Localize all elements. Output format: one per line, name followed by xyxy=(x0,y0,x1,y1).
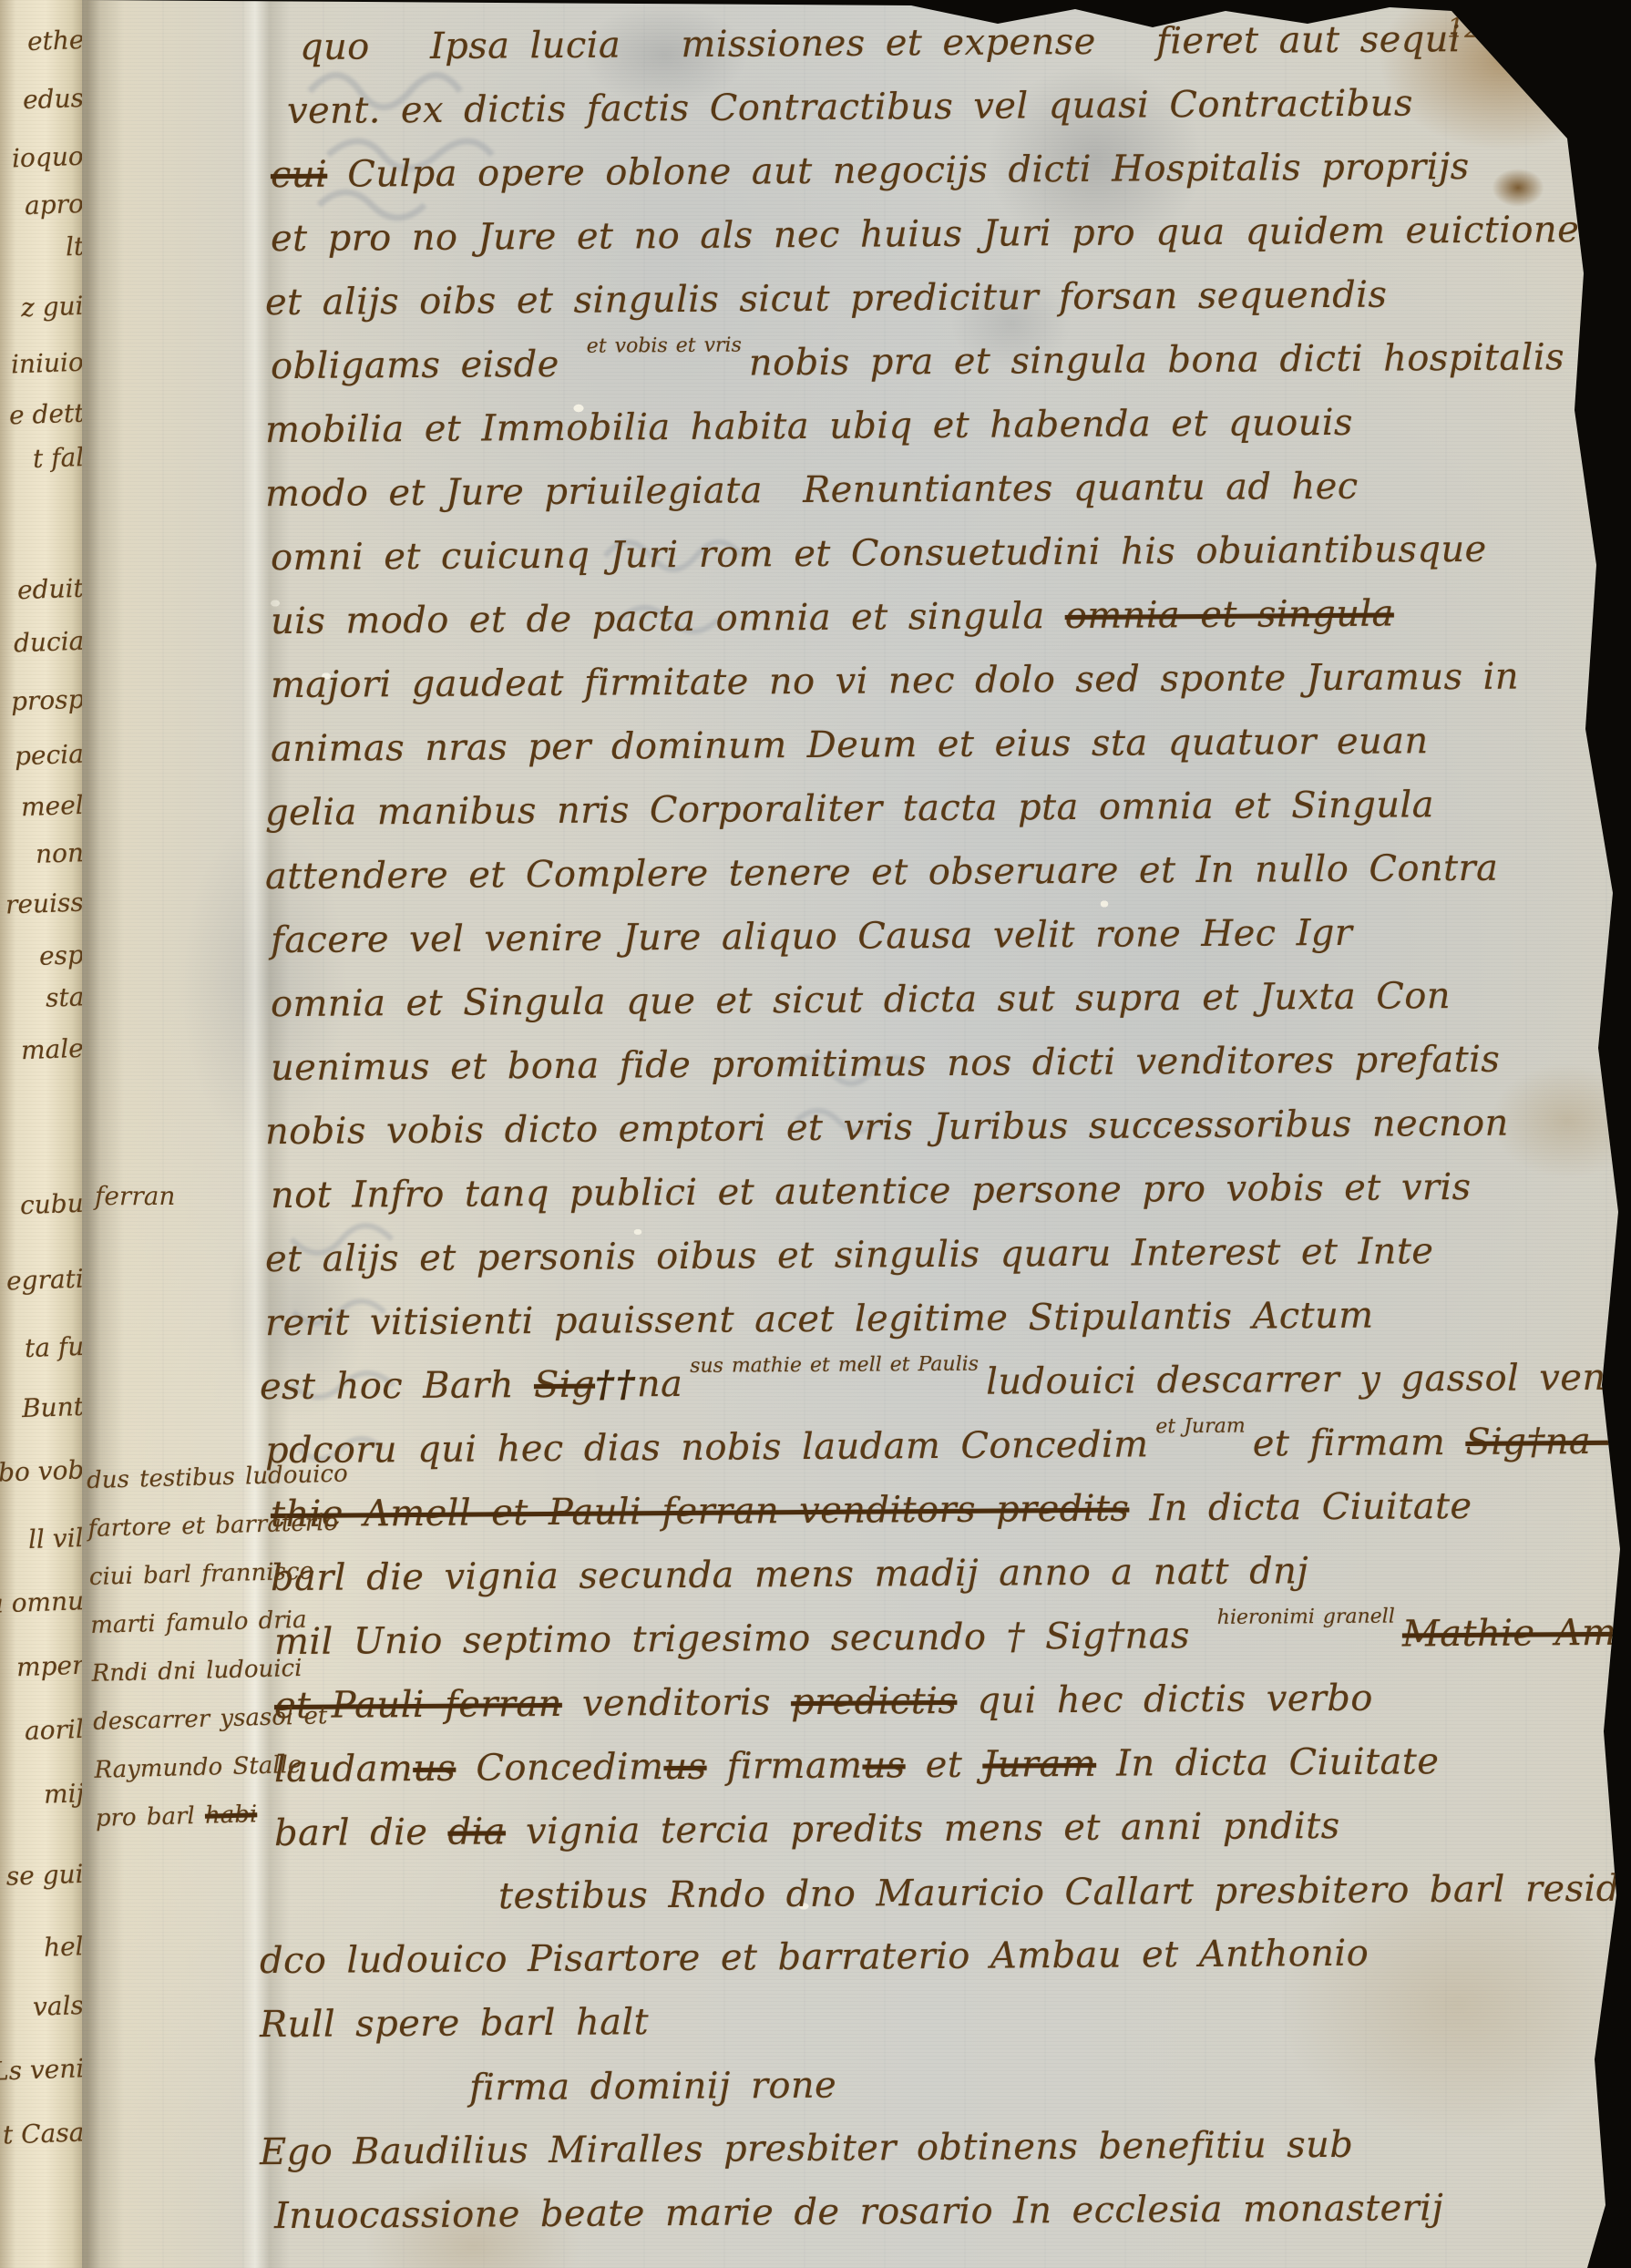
handwritten-text: descarrer ysasol et xyxy=(93,1702,328,1736)
edge-fragment: ioquo xyxy=(12,141,85,174)
handwritten-text: animas nras per dominum Deum et eius sta… xyxy=(271,720,1429,770)
manuscript-page: 12 quo Ipsa lucia missiones et expense f… xyxy=(82,0,1631,2268)
text-line: cui Culpa opere oblone aut negocijs dict… xyxy=(271,134,1608,207)
edge-fragment: mij xyxy=(43,1778,84,1810)
handwritten-text: †† xyxy=(595,1362,637,1405)
text-line: Inuocassione beate marie de rosario In e… xyxy=(274,2175,1608,2248)
text-line: et alijs et personis oibus et singulis q… xyxy=(265,1218,1608,1291)
interlinear-insertion: hieronimi granell xyxy=(1217,1606,1395,1629)
margin-note-line: marti famulo dria xyxy=(90,1596,296,1650)
handwritten-text: uis modo et de pacta omnia et singula xyxy=(271,595,1065,642)
handwritten-text: Inuocassione beate marie de rosario In e… xyxy=(274,2187,1443,2237)
edge-fragment: sta xyxy=(45,981,84,1012)
edge-fragment: vals xyxy=(33,1990,85,2022)
text-line: est hoc Barh Sig††nasus mathie et mell e… xyxy=(260,1346,1608,1419)
manuscript-photo: { "page": { "folio_number": "12", "ink_c… xyxy=(0,0,1631,2268)
handwritten-text: rerit vitisienti pauissent acet legitime… xyxy=(265,1295,1374,1344)
text-line: nobis vobis dicto emptori et vris Juribu… xyxy=(265,1091,1608,1164)
edge-fragment: cubu xyxy=(20,1188,85,1220)
text-line: laudamus Concedimus firmamus et Juram In… xyxy=(274,1729,1608,1801)
edge-fragment: non xyxy=(36,837,85,869)
text-line: obligams eisde et vobis et vrisnobis pra… xyxy=(271,325,1608,398)
edge-fragment: hel xyxy=(44,1931,85,1963)
text-line: majori gaudeat firmitate no vi nec dolo … xyxy=(271,644,1608,717)
handwritten-text: et alijs oibs et singulis sicut predicit… xyxy=(265,274,1388,324)
text-line: testibus Rndo dno Mauricio Callart presb… xyxy=(498,1857,1608,1929)
struck-text: cui xyxy=(271,154,327,196)
struck-text: habi xyxy=(205,1801,258,1829)
text-line: barl die dia vignia tercia predits mens … xyxy=(274,1792,1608,1865)
edge-fragment: a omnu xyxy=(0,1586,85,1619)
handwritten-text: pdcoru qui hec dias nobis laudam Concedi… xyxy=(265,1423,1149,1472)
handwritten-text: dco ludouico Pisartore et barraterio Amb… xyxy=(260,1933,1369,1982)
text-line: animas nras per dominum Deum et eius sta… xyxy=(271,708,1608,781)
text-line: firma dominij rone xyxy=(469,2048,1608,2120)
handwritten-text: Rull spere barl halt xyxy=(260,2001,649,2046)
interlinear-insertion: et vobis et vris xyxy=(587,334,742,358)
handwritten-text: facere vel venire Jure aliquo Causa veli… xyxy=(271,912,1353,961)
text-line: mobilia et Immobilia habita ubiq et habe… xyxy=(265,389,1608,462)
edge-fragment: Bunt xyxy=(22,1391,85,1423)
text-line: omnia et Singula que et sicut dicta sut … xyxy=(271,963,1608,1036)
handwritten-text: marti famulo dria xyxy=(90,1606,307,1639)
edge-fragment: aoril xyxy=(25,1714,85,1746)
handwritten-text: Raymundo Stalle xyxy=(94,1751,303,1784)
edge-fragment: ll vil xyxy=(28,1523,85,1555)
struck-text: Mathie Amell xyxy=(1402,1611,1631,1655)
margin-note-line: pro barl habi xyxy=(95,1790,301,1843)
text-line: pdcoru qui hec dias nobis laudam Concedi… xyxy=(265,1410,1608,1483)
edge-fragment: t fal xyxy=(32,442,84,474)
text-line: uenimus et bona fide promitimus nos dict… xyxy=(271,1027,1608,1100)
handwritten-text: et pro no Jure et no als nec huius Juri … xyxy=(271,209,1579,260)
margin-notes: dus testibus ludouicofartore et barrater… xyxy=(86,1452,301,1843)
handwritten-text: Ego Baudilius Miralles presbiter obtinen… xyxy=(260,2124,1354,2173)
handwritten-text: et alijs et personis oibus et singulis q… xyxy=(265,1230,1434,1280)
handwritten-text: firmam xyxy=(706,1745,862,1788)
struck-text: omnia et singula xyxy=(1065,593,1394,638)
handwritten-text: attendere et Complere tenere et obseruar… xyxy=(265,847,1499,898)
edge-fragment: lt xyxy=(65,231,84,262)
struck-text: us xyxy=(413,1748,456,1790)
margin-note-line: dus testibus ludouico xyxy=(86,1452,292,1505)
handwritten-text: barl die vignia secunda mens madij anno … xyxy=(271,1550,1308,1599)
struck-text: dia xyxy=(447,1811,506,1852)
handwritten-text: venditoris xyxy=(562,1681,792,1725)
handwritten-text: qui hec dictis verbo xyxy=(957,1678,1373,1722)
edge-fragment: t Casa xyxy=(2,2117,84,2150)
handwritten-text: uenimus et bona fide promitimus nos dict… xyxy=(271,1039,1501,1089)
edge-fragment: egrati xyxy=(6,1264,85,1297)
handwritten-text: na xyxy=(637,1363,683,1405)
text-line: et Pauli ferran venditoris predictis qui… xyxy=(274,1665,1608,1738)
edge-fragment: iniuio xyxy=(11,347,85,380)
handwritten-text: firma dominij rone xyxy=(469,2065,836,2109)
handwritten-text: est hoc Barh xyxy=(260,1364,534,1408)
handwritten-text: Culpa opere oblone aut negocijs dicti Ho… xyxy=(327,146,1470,196)
margin-note-line: Raymundo Stalle xyxy=(94,1741,300,1795)
handwritten-text: mil Unio septimo trigesimo secundo † Sig… xyxy=(274,1615,1210,1663)
handwritten-text: nobis pra et singula bona dicti hospital… xyxy=(749,336,1564,384)
edge-fragment: ta fu xyxy=(24,1331,84,1363)
edge-fragment: male xyxy=(21,1033,85,1065)
handwritten-text: In dicta Ciuitate xyxy=(1129,1485,1472,1530)
edge-fragment: eduit xyxy=(17,573,85,606)
edge-fragment: ethe xyxy=(26,25,85,56)
edge-fragment: meel xyxy=(21,790,85,822)
text-line: uis modo et de pacta omnia et singula om… xyxy=(271,580,1608,653)
main-text-block: quo Ipsa lucia missiones et expense fier… xyxy=(287,11,1608,2243)
struck-text: thie Amell et Pauli ferran venditors pre… xyxy=(271,1488,1130,1536)
text-line: rerit vitisienti pauissent acet legitime… xyxy=(265,1282,1608,1355)
handwritten-text: ludouici descarrer y gassol venditory xyxy=(986,1356,1631,1403)
handwritten-text: vignia tercia predits mens et anni pndit… xyxy=(506,1805,1340,1852)
text-line: barl die vignia secunda mens madij anno … xyxy=(271,1537,1608,1610)
handwritten-text: vent. ex dictis factis Contractibus vel … xyxy=(287,82,1413,132)
edge-fragment: reuiss xyxy=(5,888,85,920)
handwritten-text: In dicta Ciuitate xyxy=(1096,1740,1440,1785)
handwritten-text: ciui barl frannisco xyxy=(89,1558,314,1591)
text-line: facere vel venire Jure aliquo Causa veli… xyxy=(271,899,1608,972)
margin-note-line: fartore et barraterio xyxy=(87,1500,293,1554)
handwritten-text: quo Ipsa lucia missiones et expense fier… xyxy=(300,18,1461,68)
edge-fragment: prosp xyxy=(10,684,85,717)
edge-fragment: esp xyxy=(39,939,85,971)
margin-note-line: Rndi dni ludouici xyxy=(91,1645,297,1698)
text-line: et pro no Jure et no als nec huius Juri … xyxy=(271,198,1608,271)
text-line: modo et Jure priuilegiata Renuntiantes q… xyxy=(265,453,1608,526)
edge-fragment: Ls veni xyxy=(0,2053,85,2087)
handwritten-text: majori gaudeat firmitate no vi nec dolo … xyxy=(271,656,1519,707)
edge-fragment: z gui xyxy=(21,291,85,323)
handwritten-text: testibus Rndo dno Mauricio Callart presb… xyxy=(498,1867,1631,1917)
struck-text: Sig†na ma xyxy=(1465,1420,1631,1463)
handwritten-text: obligams eisde xyxy=(271,344,580,387)
text-line: Rull spere barl halt xyxy=(260,1984,1608,2057)
text-line: gelia manibus nris Corporaliter tacta pt… xyxy=(265,772,1608,845)
edge-fragment: mper xyxy=(15,1650,85,1683)
text-line: attendere et Complere tenere et obseruar… xyxy=(265,836,1608,908)
interlinear-insertion: et Juram xyxy=(1155,1415,1246,1439)
text-line: et alijs oibs et singulis sicut predicit… xyxy=(265,262,1608,334)
edge-fragment: ducia xyxy=(13,626,84,659)
text-line: quo Ipsa lucia missiones et expense fier… xyxy=(300,6,1608,79)
text-line: Ego Baudilius Miralles presbiter obtinen… xyxy=(260,2111,1608,2184)
text-line: thie Amell et Pauli ferran venditors pre… xyxy=(271,1473,1608,1546)
handwritten-text: et xyxy=(905,1744,982,1787)
struck-text: Sig xyxy=(534,1364,595,1406)
handwritten-text: Rndi dni ludouici xyxy=(91,1655,303,1688)
handwritten-text: mobilia et Immobilia habita ubiq et habe… xyxy=(265,402,1353,451)
struck-text: us xyxy=(663,1746,706,1788)
text-line: omni et cuicunq Juri rom et Consuetudini… xyxy=(271,517,1608,590)
edge-fragment: e dett xyxy=(8,398,85,431)
handwritten-text: omni et cuicunq Juri rom et Consuetudini… xyxy=(271,529,1487,579)
handwritten-text: not Infro tanq publici et autentice pers… xyxy=(271,1166,1472,1216)
edge-fragment: edus xyxy=(23,83,85,115)
edge-fragment: bo vob xyxy=(0,1454,85,1487)
margin-note-line: descarrer ysasol et xyxy=(92,1693,298,1747)
text-line: dco ludouico Pisartore et barraterio Amb… xyxy=(260,1920,1608,1993)
handwritten-text: omnia et Singula que et sicut dicta sut … xyxy=(271,975,1451,1025)
handwritten-text: gelia manibus nris Corporaliter tacta pt… xyxy=(265,784,1434,834)
struck-text: Juram xyxy=(982,1743,1096,1786)
handwritten-text: pro barl xyxy=(95,1802,205,1832)
edge-fragment: apro xyxy=(25,189,85,221)
margin-note-line: ciui barl frannisco xyxy=(88,1548,294,1602)
handwritten-text: modo et Jure priuilegiata Renuntiantes q… xyxy=(265,466,1359,515)
handwritten-text: nobis vobis dicto emptori et vris Juribu… xyxy=(265,1103,1509,1154)
text-line: vent. ex dictis factis Contractibus vel … xyxy=(287,70,1608,143)
text-line: not Infro tanq publici et autentice pers… xyxy=(271,1155,1608,1227)
struck-text: predictis xyxy=(791,1680,958,1723)
text-line: mil Unio septimo trigesimo secundo † Sig… xyxy=(274,1601,1608,1674)
handwritten-text: Concedim xyxy=(456,1746,663,1790)
handwritten-text: et firmam xyxy=(1253,1421,1466,1465)
edge-fragment: pecia xyxy=(15,739,85,772)
edge-fragment: es se gui xyxy=(0,1859,85,1893)
facing-page-edge: etheedusioquoaproltz guiiniuioe dettt fa… xyxy=(0,0,87,2268)
margin-note-ferran: ferran xyxy=(95,1181,175,1211)
struck-text: us xyxy=(862,1744,905,1786)
interlinear-insertion: sus mathie et mell et Paulis xyxy=(690,1353,979,1378)
